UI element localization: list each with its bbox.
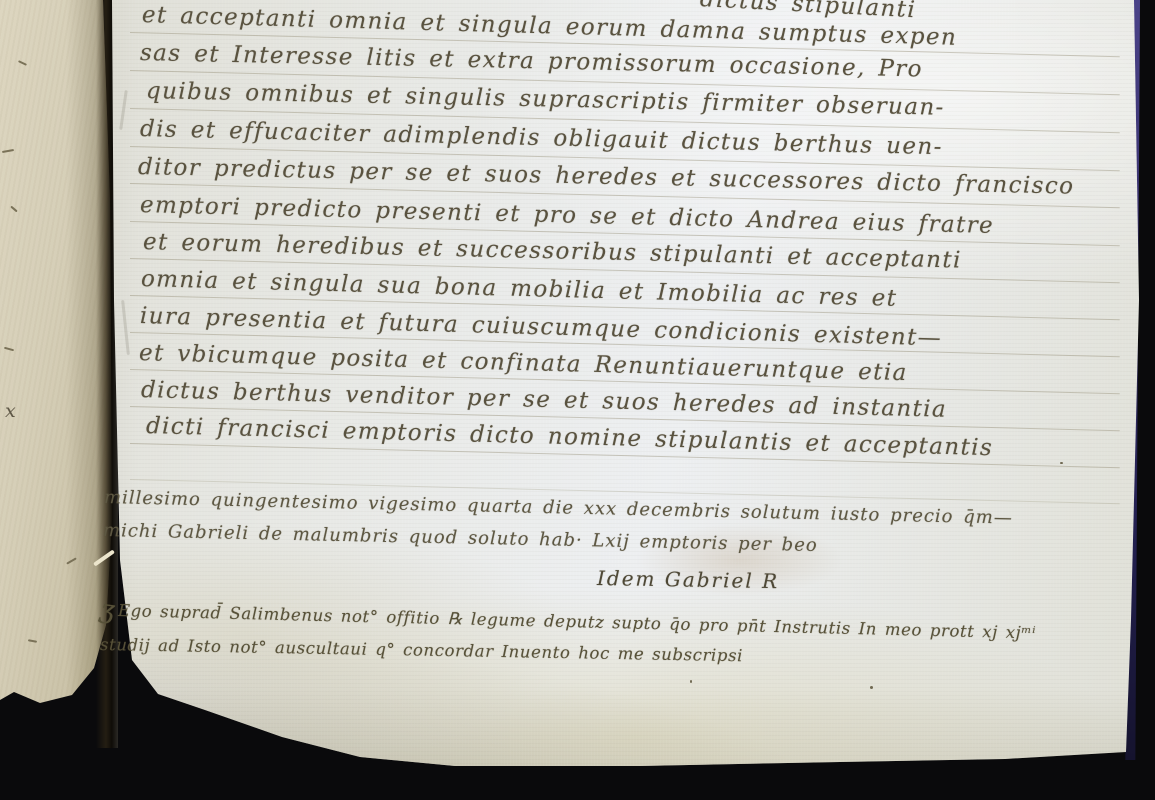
ink-speck [1060,462,1063,464]
photo-of-open-manuscript: dictus stipulanti et acceptanti omnia et… [0,0,1155,800]
notary-signature: Idem Gabriel R [597,566,780,593]
ink-speck [690,680,692,683]
ink-speck [870,686,873,689]
margin-mark-x: x [5,400,16,422]
